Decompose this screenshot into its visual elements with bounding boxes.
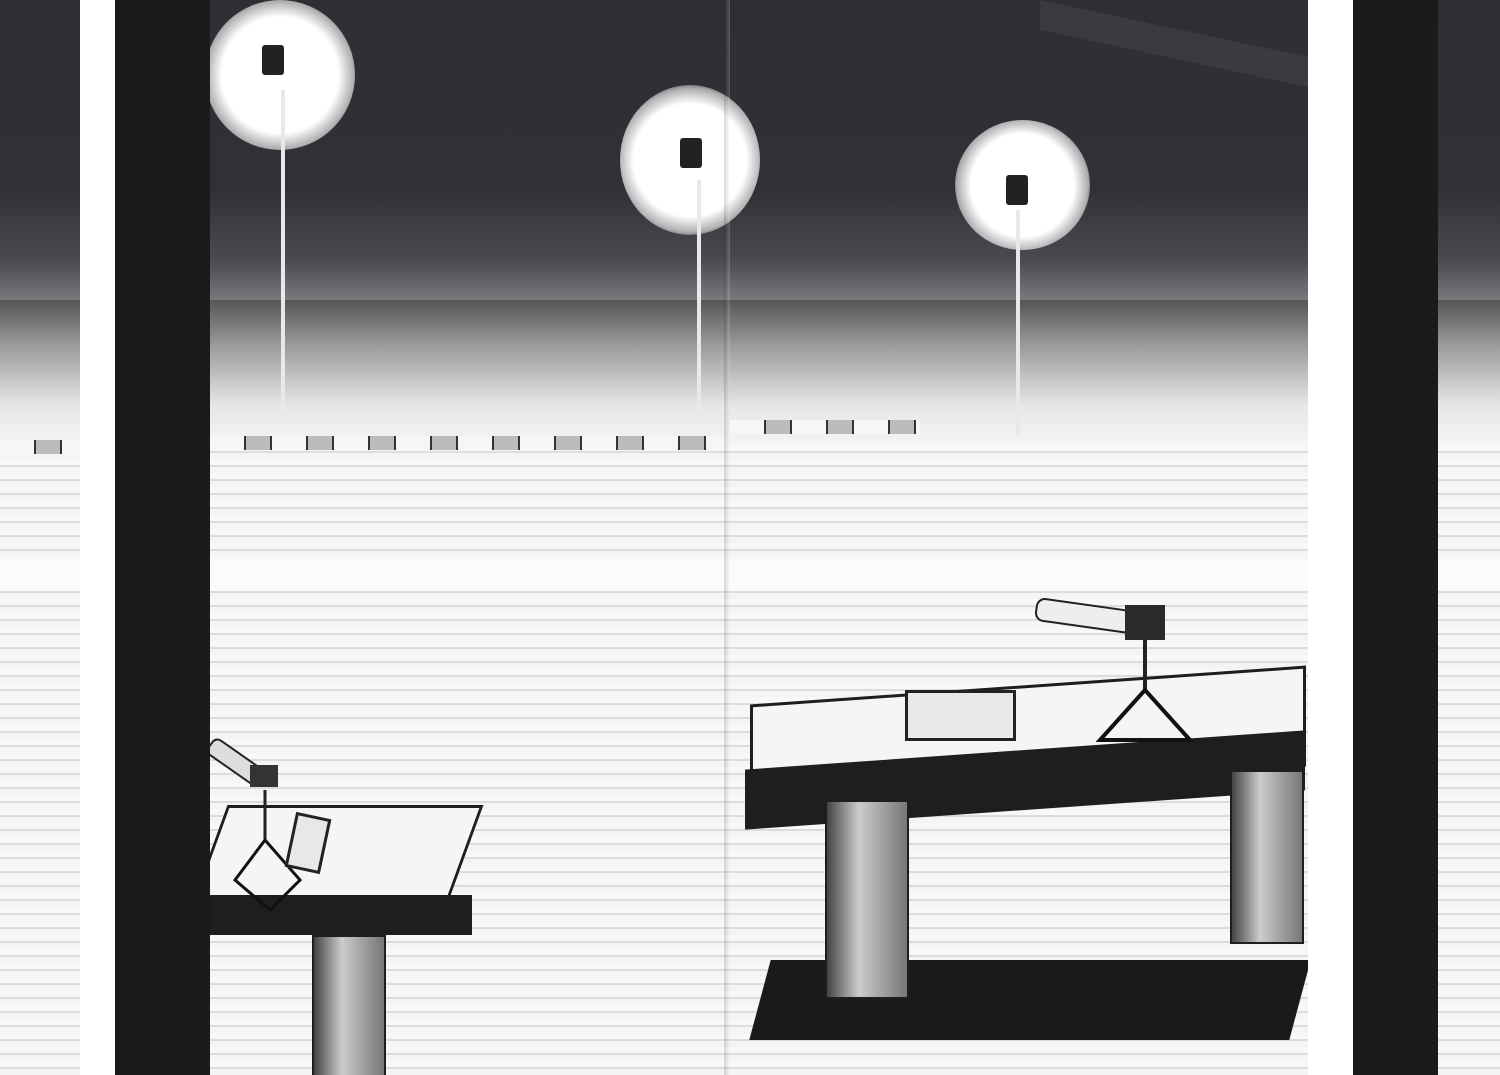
open-case bbox=[905, 690, 1016, 741]
floodlight-lamp-icon bbox=[262, 45, 284, 75]
floodlight-pole bbox=[1016, 210, 1020, 435]
pillar-right bbox=[1353, 0, 1438, 1075]
frame-gap bbox=[1308, 0, 1353, 1075]
spotting-scope-icon bbox=[1030, 590, 1210, 760]
target-stands bbox=[210, 436, 725, 450]
target-stands bbox=[0, 440, 80, 454]
pillar-left bbox=[115, 0, 210, 1075]
floodlight-lamp-icon bbox=[680, 138, 702, 168]
floodlight-pole bbox=[697, 180, 701, 410]
floodlight-lamp-icon bbox=[1006, 175, 1028, 205]
frame-gap bbox=[80, 0, 115, 1075]
manga-scene bbox=[0, 0, 1500, 1075]
bench-leg bbox=[312, 935, 386, 1075]
floodlight-pole bbox=[281, 90, 285, 410]
range-path bbox=[0, 560, 1500, 590]
page-gutter bbox=[724, 0, 730, 1075]
bench-leg bbox=[1230, 770, 1304, 944]
floodlight-glow bbox=[205, 0, 355, 150]
bench-leg bbox=[825, 800, 909, 999]
target-stands bbox=[730, 420, 920, 434]
